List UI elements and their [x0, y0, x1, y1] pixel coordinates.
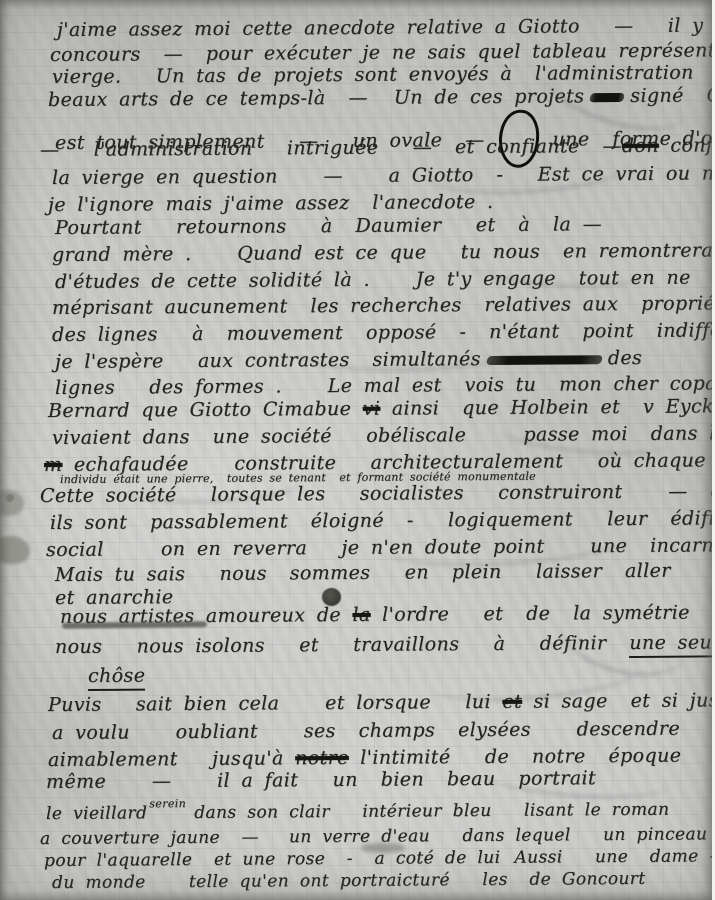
- struck-out-word: notre: [295, 747, 349, 769]
- text-run: la vierge en question — a Giotto - Est c…: [52, 162, 715, 189]
- text-run: nous nous isolons et travaillons à défin…: [55, 632, 629, 658]
- text-run: le vieillard: [46, 803, 147, 824]
- smudged-underline: [62, 621, 207, 629]
- manuscript-line: Puvis sait bien cela et lorsque lui et s…: [48, 690, 715, 716]
- text-run: ainsi que Holbein et v Eyck —: [380, 395, 715, 420]
- text-run: Bernard que Giotto Cimabue: [48, 398, 363, 422]
- struck-out-word: la: [352, 604, 370, 626]
- manuscript-line: chôse: [88, 666, 145, 687]
- text-run: vierge. Un tas de projets sont envoyés à…: [52, 61, 715, 88]
- ink-blot: [322, 588, 341, 606]
- text-run: a voulu oubliant ses champs elysées desc…: [52, 718, 680, 744]
- interline-insertion: serein: [149, 797, 186, 810]
- text-run: Aussi une dame —: [514, 846, 715, 867]
- manuscript-line: vivaient dans une société obéliscale pas…: [52, 423, 715, 449]
- spacing-gap: [259, 841, 289, 842]
- manuscript-line: beaux arts de ce temps-là —Un de ces pro…: [48, 85, 715, 111]
- struck-out-word: vi: [363, 398, 381, 420]
- text-run: Cette société lorsque les socialistes co…: [40, 480, 715, 507]
- text-run: a couverture jaune —: [40, 827, 259, 849]
- text-run: — l'administration intriguée — et confia…: [40, 135, 622, 161]
- text-run: d'études de cette solidité là . Je t'y e…: [55, 267, 691, 293]
- text-run: méprisant aucunement les recherches rela…: [52, 292, 715, 319]
- manuscript-line: Mais tu sais nous sommes en plein laisse…: [55, 561, 671, 586]
- struck-out-word: et: [502, 691, 522, 713]
- text-run: Mais tu sais nous sommes en plein laisse…: [55, 560, 671, 586]
- text-run: social on en reverra je n'en doute point…: [46, 534, 715, 561]
- page-edge-left: [0, 0, 10, 900]
- text-run: vivaient dans une société obéliscale pas…: [52, 422, 715, 449]
- manuscript-page: j'aime assez moi cette anecdote relative…: [0, 0, 715, 900]
- struck-out-word: don: [622, 135, 659, 157]
- text-run: ils sont passablement éloigné - logiquem…: [50, 507, 715, 534]
- manuscript-line: le vieillardsereindans son clair intérie…: [46, 795, 670, 824]
- page-edge-top: [0, 0, 715, 9]
- manuscript-line: social on en reverra je n'en doute point…: [46, 535, 715, 561]
- text-run: l'ordre et de la symétrie: [371, 602, 690, 626]
- text-run: pour l'aquarelle et une rose - a coté de…: [44, 848, 501, 871]
- manuscript-line: même — il a fait un bien beau portrait: [46, 768, 596, 793]
- text-run: lignes des formes . Le mal est vois tu m…: [55, 372, 715, 399]
- manuscript-line: Bernard que Giotto Cimabue vi ainsi que …: [48, 396, 715, 422]
- spacing-gap: [368, 103, 394, 104]
- manuscript-line: méprisant aucunement les recherches rela…: [52, 293, 715, 319]
- manuscript-line: ils sont passablement éloigné - logiquem…: [50, 508, 715, 534]
- manuscript-line: a voulu oubliant ses champs elysées desc…: [52, 719, 680, 744]
- text-run: beaux arts de ce temps-là —: [48, 87, 368, 111]
- manuscript-line: grand mère . Quand est ce que tu nous en…: [52, 240, 715, 266]
- manuscript-line: j'aime assez moi cette anecdote relative…: [57, 15, 715, 41]
- text-run: même — il a fait un bien beau portrait: [46, 767, 596, 793]
- text-run: j'aime assez moi cette anecdote relative…: [57, 14, 715, 41]
- text-run: je l'espère aux contrastes simultanés: [55, 348, 481, 373]
- manuscript-line: des lignes à mouvement opposé - n'étant …: [52, 320, 715, 346]
- spacing-gap: [500, 862, 514, 863]
- underlined-word: chôse: [88, 665, 145, 691]
- manuscript-line: Cette société lorsque les socialistes co…: [40, 481, 715, 507]
- heavy-scratch-mark: [486, 355, 603, 365]
- faint-smudge: [360, 843, 406, 853]
- manuscript-line: la vierge en question — a Giotto - Est c…: [52, 163, 715, 189]
- text-run: des lignes à mouvement opposé - n'étant …: [52, 319, 715, 346]
- text-run: Un de ces projets: [394, 85, 585, 108]
- text-run: dans son clair intérieur bleu lisant le …: [194, 800, 669, 823]
- text-run: si sage et si juste: [522, 689, 715, 713]
- manuscript-line: Pourtant retournons à Daumier et à la —: [55, 214, 602, 239]
- manuscript-line: vierge. Un tas de projets sont envoyés à…: [52, 62, 715, 88]
- manuscript-line: d'études de cette solidité là . Je t'y e…: [55, 268, 691, 293]
- text-run: Pourtant retournons à Daumier et à la —: [55, 213, 602, 239]
- text-run: des: [608, 347, 643, 369]
- manuscript-line: je l'espère aux contrastes simultanésdes: [55, 348, 642, 373]
- text-run: grand mère . Quand est ce que tu nous en…: [52, 239, 715, 266]
- heavy-scratch-mark: [589, 92, 625, 101]
- page-edge-bottom: [0, 890, 715, 900]
- text-run: aimablement jusqu'à: [48, 747, 295, 771]
- text-run: un verre d'eau dans lequel un pinceau: [289, 824, 708, 847]
- manuscript-line: je l'ignore mais j'aime assez l'anecdote…: [48, 192, 494, 216]
- text-run: je l'ignore mais j'aime assez l'anecdote…: [48, 191, 494, 216]
- page-edge-right: [700, 0, 712, 900]
- text-run: l'intimité de notre époque: [349, 745, 682, 769]
- manuscript-line: nous nous isolons et travaillons à défin…: [55, 632, 715, 658]
- text-run: Puvis sait bien cela et lorsque lui: [48, 691, 503, 716]
